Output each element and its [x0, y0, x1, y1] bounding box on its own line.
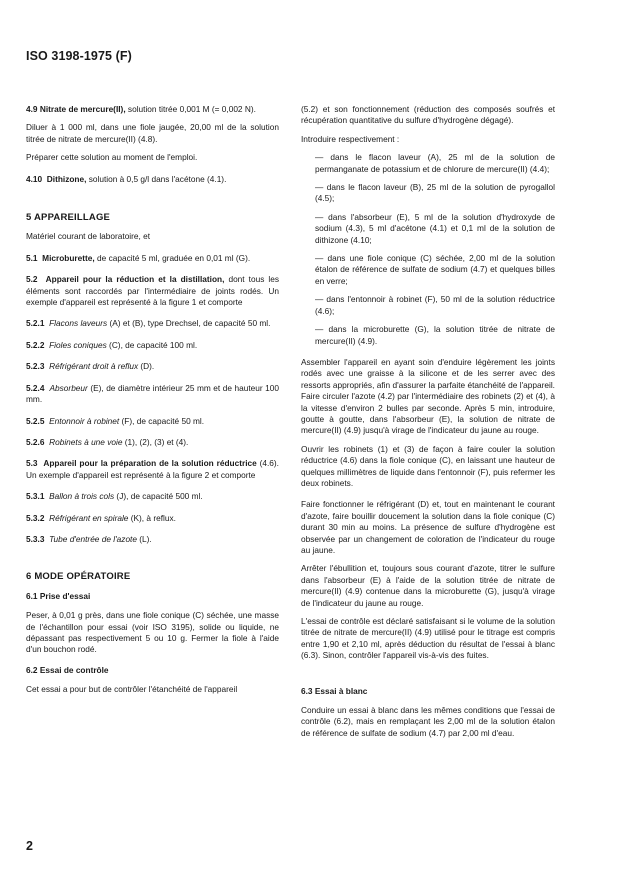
list-item: 5.2.1 Flacons laveurs (A) et (B), type D…	[26, 318, 279, 329]
list-item: 5.2.5 Entonnoir à robinet (F), de capaci…	[26, 416, 279, 427]
page-number: 2	[26, 839, 33, 853]
paragraph: (5.2) et son fonctionnement (réduction d…	[301, 104, 555, 127]
paragraph: Introduire respectivement :	[301, 134, 555, 145]
list-item: — dans le flacon laveur (A), 25 ml de la…	[301, 152, 555, 175]
item-title: Robinets à une voie	[49, 437, 122, 447]
section-5-3: 5.3 Appareil pour la préparation de la s…	[26, 458, 279, 481]
paragraph: Assembler l'appareil en ayant soin d'end…	[301, 357, 555, 437]
list-item: 5.2.2 Fioles coniques (C), de capacité 1…	[26, 340, 279, 351]
item-number: 5.3.1	[26, 491, 44, 501]
subsection-title-6-2: 6.2 Essai de contrôle	[26, 665, 279, 676]
list-item: — dans le flacon laveur (B), 25 ml de la…	[301, 182, 555, 205]
list-item: — dans l'entonnoir à robinet (F), 50 ml …	[301, 294, 555, 317]
paragraph: Peser, à 0,01 g près, dans une fiole con…	[26, 610, 279, 656]
item-text: (K), à reflux.	[128, 513, 176, 523]
item-number: 5.2.3	[26, 361, 44, 371]
paragraph: Faire fonctionner le réfrigérant (D) et,…	[301, 499, 555, 556]
item-number: 5.2.1	[26, 318, 44, 328]
list-item: — dans l'absorbeur (E), 5 ml de la solut…	[301, 212, 555, 246]
item-title: Réfrigérant en spirale	[49, 513, 128, 523]
item-text: (A) et (B), type Drechsel, de capacité 5…	[107, 318, 270, 328]
item-number: 5.2.5	[26, 416, 44, 426]
paragraph: Préparer cette solution au moment de l'e…	[26, 152, 279, 163]
paragraph: Conduire un essai à blanc dans les mêmes…	[301, 705, 555, 739]
item-text: (1), (2), (3) et (4).	[122, 437, 188, 447]
item-title: Entonnoir à robinet	[49, 416, 119, 426]
paragraph: Ouvrir les robinets (1) et (3) de façon …	[301, 444, 555, 490]
item-text: (J), de capacité 500 ml.	[114, 491, 203, 501]
item-title: Flacons laveurs	[49, 318, 107, 328]
item-number: 5.2.4	[26, 383, 44, 393]
item-title: Fioles coniques	[49, 340, 107, 350]
section-number: 4.10	[26, 174, 42, 184]
section-title: Microburette,	[42, 253, 95, 263]
section-number: 5.1	[26, 253, 38, 263]
left-column: 4.9 Nitrate de mercure(II), solution tit…	[26, 104, 279, 703]
item-text: (D).	[138, 361, 154, 371]
section-4-9: 4.9 Nitrate de mercure(II), solution tit…	[26, 104, 279, 115]
subsection-title-6-3: 6.3 Essai à blanc	[301, 686, 555, 697]
section-title: Appareil pour la préparation de la solut…	[43, 458, 256, 468]
section-heading-5: 5 APPAREILLAGE	[26, 212, 279, 223]
list-item: — dans la microburette (G), la solution …	[301, 324, 555, 347]
subsection-title-6-1: 6.1 Prise d'essai	[26, 591, 279, 602]
item-text: (C), de capacité 100 ml.	[107, 340, 197, 350]
section-5-1: 5.1 Microburette, de capacité 5 ml, grad…	[26, 253, 279, 264]
section-number: 5.2	[26, 274, 38, 284]
paragraph: Diluer à 1 000 ml, dans une fiole jaugée…	[26, 122, 279, 145]
item-title: Ballon à trois cols	[49, 491, 114, 501]
item-number: 5.3.3	[26, 534, 44, 544]
section-title: Dithizone,	[47, 174, 87, 184]
document-header: ISO 3198-1975 (F)	[26, 49, 132, 63]
item-number: 5.2.6	[26, 437, 44, 447]
item-text: (L).	[137, 534, 152, 544]
section-text: solution titrée 0,001 M (= 0,002 N).	[126, 104, 256, 114]
section-4-10: 4.10 Dithizone, solution à 0,5 g/l dans …	[26, 174, 279, 185]
section-heading-6: 6 MODE OPÉRATOIRE	[26, 571, 279, 582]
list-item: 5.3.2 Réfrigérant en spirale (K), à refl…	[26, 513, 279, 524]
item-title: Absorbeur	[50, 383, 88, 393]
right-column: (5.2) et son fonctionnement (réduction d…	[301, 104, 555, 746]
section-title: Nitrate de mercure(II),	[40, 104, 126, 114]
section-number: 5.3	[26, 458, 38, 468]
item-number: 5.2.2	[26, 340, 44, 350]
section-text: de capacité 5 ml, graduée en 0,01 ml (G)…	[95, 253, 250, 263]
list-item: 5.3.1 Ballon à trois cols (J), de capaci…	[26, 491, 279, 502]
paragraph: L'essai de contrôle est déclaré satisfai…	[301, 616, 555, 662]
list-item: 5.2.4 Absorbeur (E), de diamètre intérie…	[26, 383, 279, 406]
paragraph: Arrêter l'ébullition et, toujours sous c…	[301, 563, 555, 609]
list-item: 5.2.6 Robinets à une voie (1), (2), (3) …	[26, 437, 279, 448]
list-item: — dans une fiole conique (C) séchée, 2,0…	[301, 253, 555, 287]
section-5-2: 5.2 Appareil pour la réduction et la dis…	[26, 274, 279, 308]
section-title: Appareil pour la réduction et la distill…	[46, 274, 225, 284]
paragraph: Cet essai a pour but de contrôler l'étan…	[26, 684, 279, 695]
item-title: Tube d'entrée de l'azote	[49, 534, 137, 544]
item-text: (F), de capacité 50 ml.	[119, 416, 204, 426]
item-title: Réfrigérant droit à reflux	[49, 361, 138, 371]
item-number: 5.3.2	[26, 513, 44, 523]
section-text: solution à 0,5 g/l dans l'acétone (4.1).	[86, 174, 226, 184]
paragraph: Matériel courant de laboratoire, et	[26, 231, 279, 242]
section-number: 4.9	[26, 104, 38, 114]
list-item: 5.2.3 Réfrigérant droit à reflux (D).	[26, 361, 279, 372]
list-item: 5.3.3 Tube d'entrée de l'azote (L).	[26, 534, 279, 545]
